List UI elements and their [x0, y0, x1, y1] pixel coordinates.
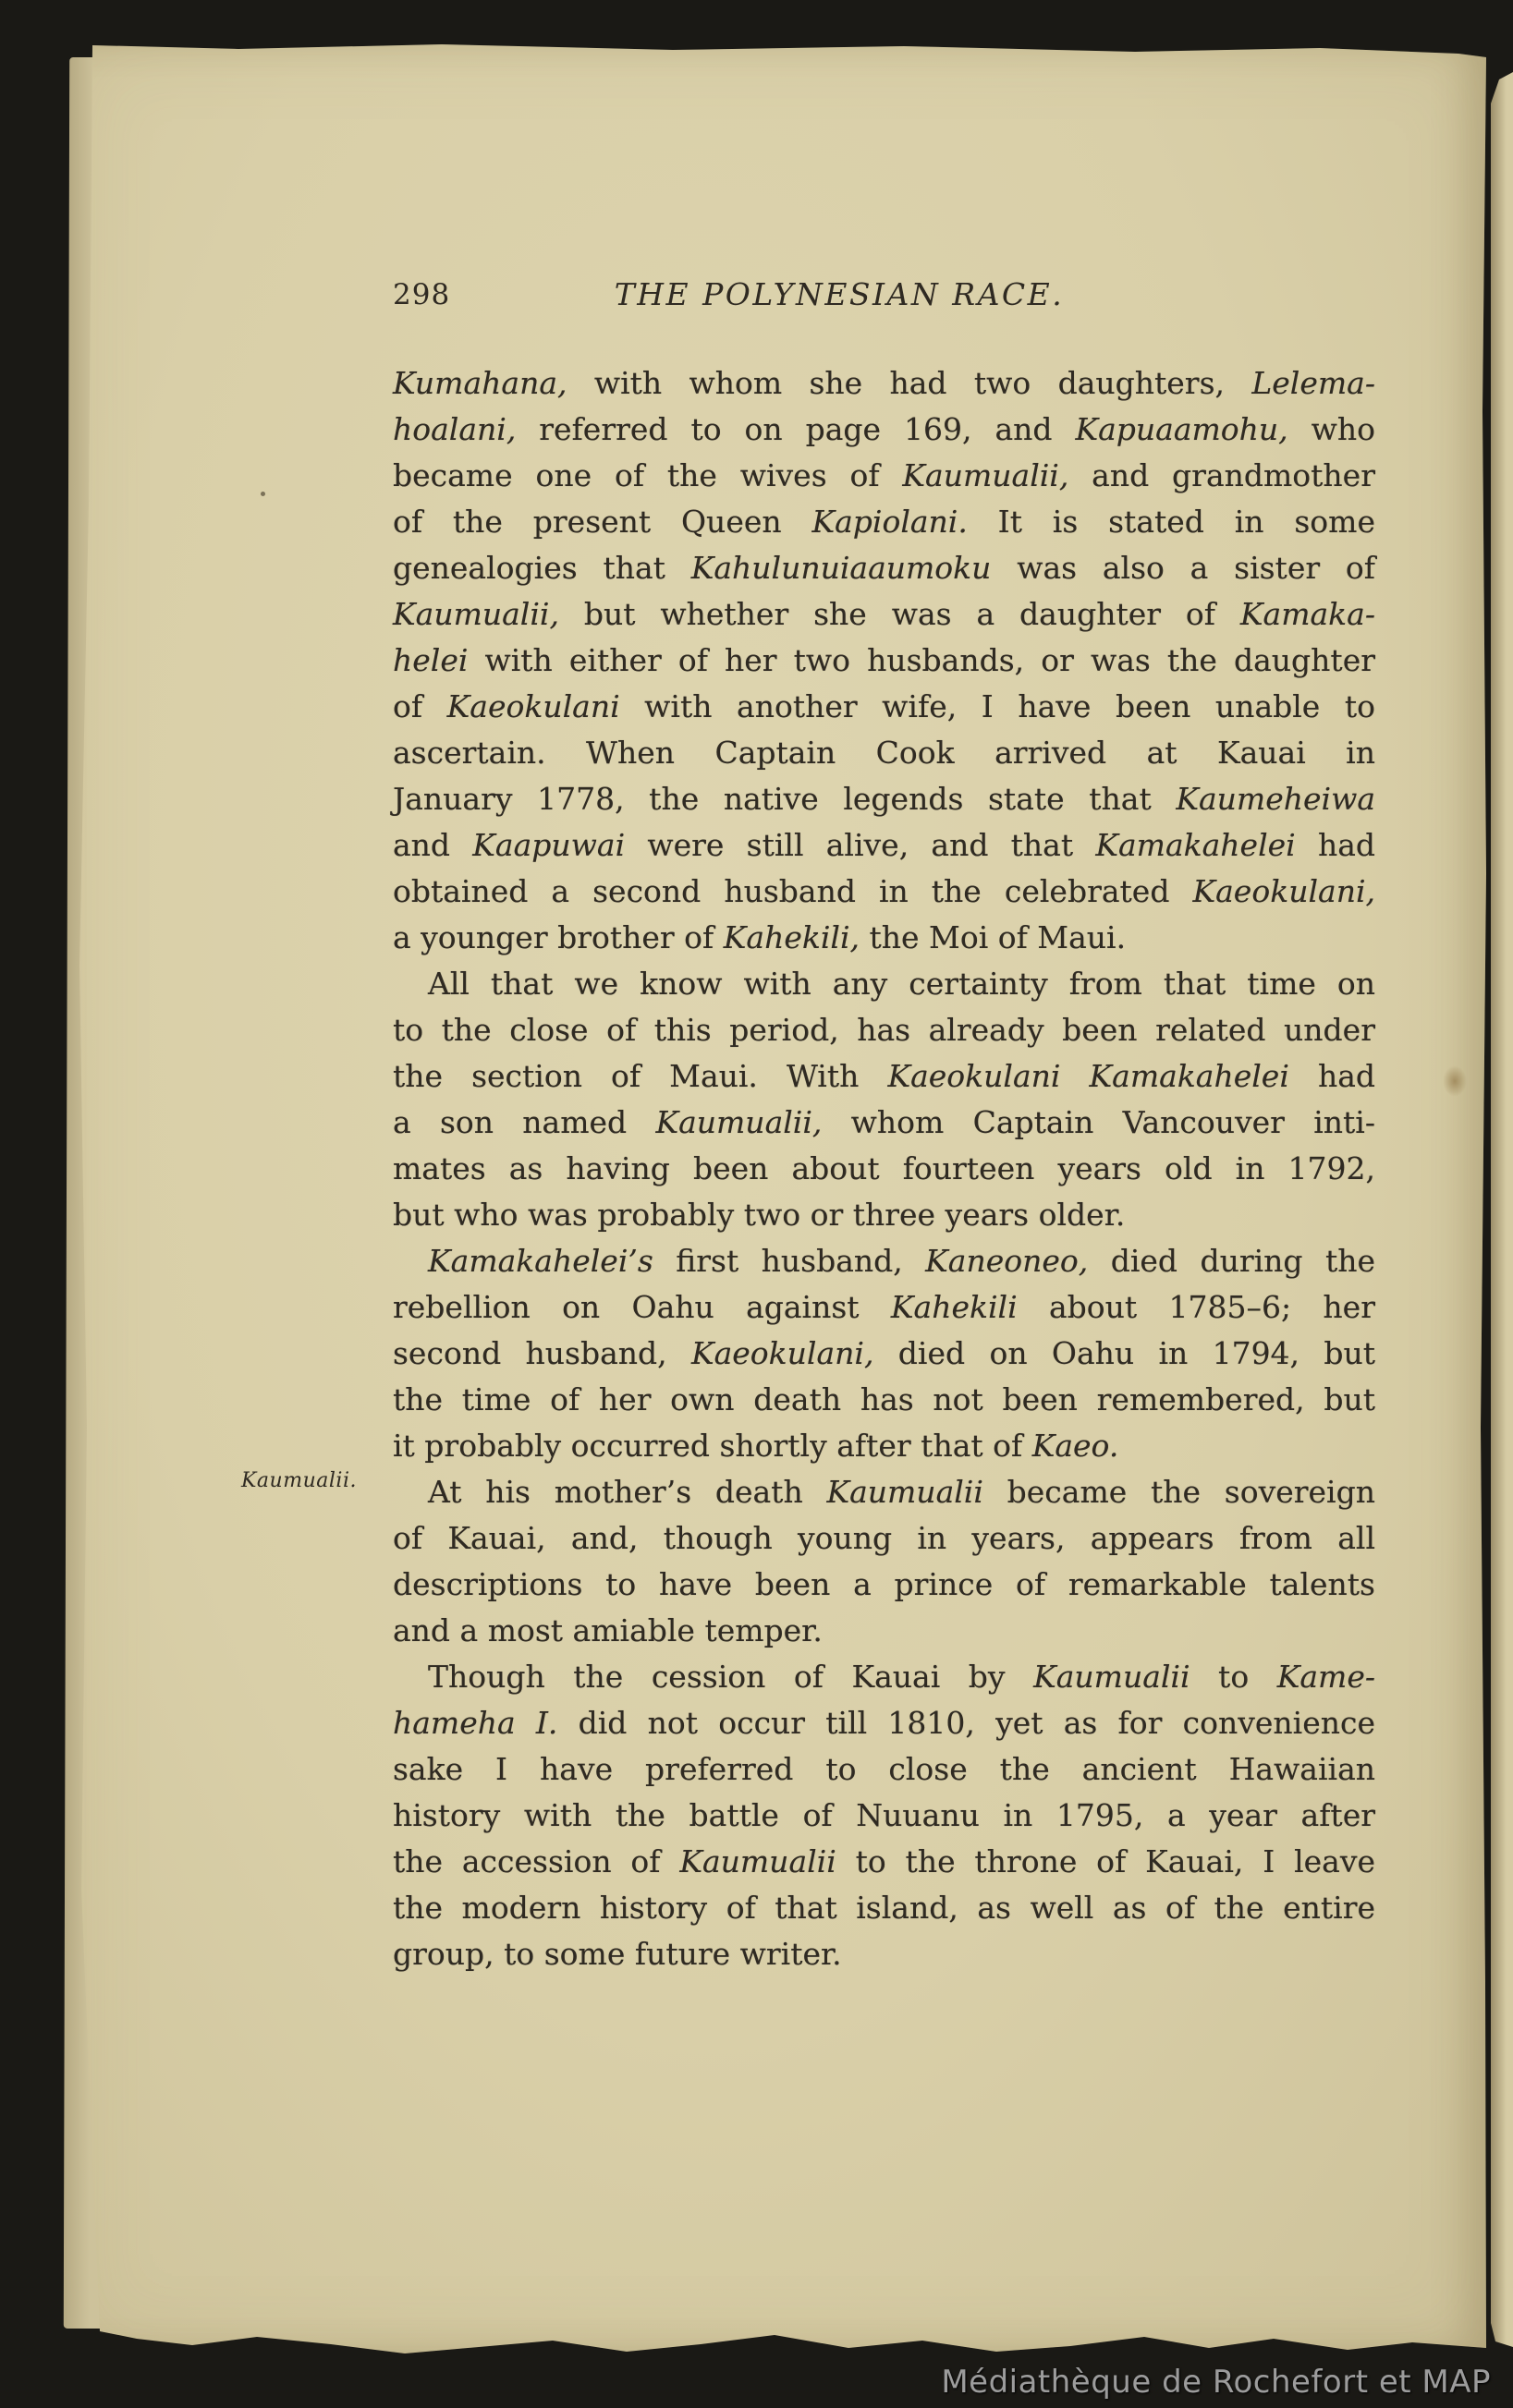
- paper-speck: [261, 492, 265, 496]
- paragraph: All that we know with any certainty from…: [393, 961, 1375, 1238]
- italic-text: Kaumualii,: [902, 457, 1068, 493]
- text-line: hoalani, referred to on page 169, and Ka…: [393, 407, 1375, 453]
- regular-text: did not occur till 1810, yet as for conv…: [557, 1705, 1375, 1741]
- scan-background: 298 THE POLYNESIAN RACE. Kaumualii. Kuma…: [0, 0, 1513, 2408]
- italic-text: Kamaka-: [1240, 596, 1375, 632]
- italic-text: Kamakahelei’s: [428, 1243, 653, 1279]
- text-line: Kamakahelei’s first husband, Kaneoneo, d…: [393, 1238, 1375, 1284]
- text-line: of Kauai, and, though young in years, ap…: [393, 1515, 1375, 1562]
- regular-text: became the sovereign: [983, 1474, 1375, 1510]
- regular-text: sake I have preferred to close the ancie…: [393, 1751, 1375, 1787]
- text-line: it probably occurred shortly after that …: [393, 1423, 1375, 1469]
- regular-text: had: [1289, 1058, 1375, 1094]
- text-line: and Kaapuwai were still alive, and that …: [393, 822, 1375, 869]
- regular-text: descriptions to have been a prince of re…: [393, 1566, 1375, 1602]
- text-line: sake I have preferred to close the ancie…: [393, 1746, 1375, 1793]
- regular-text: and: [393, 827, 472, 863]
- regular-text: with whom she had two daughters,: [567, 365, 1252, 401]
- italic-text: Kahulunuiaaumoku: [691, 550, 992, 586]
- italic-text: Kaumualii: [679, 1843, 836, 1879]
- text-line: but who was probably two or three years …: [393, 1192, 1375, 1238]
- italic-text: hoalani,: [393, 411, 516, 447]
- text-line: At his mother’s death Kaumualii became t…: [393, 1469, 1375, 1515]
- regular-text: it probably occurred shortly after that …: [393, 1428, 1032, 1464]
- italic-text: Kaneoneo,: [925, 1243, 1088, 1279]
- regular-text: and a most amiable temper.: [393, 1612, 823, 1648]
- text-line: helei with either of her two husbands, o…: [393, 638, 1375, 684]
- text-line: the section of Maui. With Kaeokulani Kam…: [393, 1053, 1375, 1100]
- book-page: 298 THE POLYNESIAN RACE. Kaumualii. Kuma…: [72, 42, 1486, 2353]
- regular-text: who: [1288, 411, 1375, 447]
- italic-text: Kaumualii: [1033, 1659, 1190, 1695]
- regular-text: the modern history of that island, as we…: [393, 1890, 1375, 1926]
- regular-text: to the throne of Kauai, I leave: [836, 1843, 1375, 1879]
- regular-text: and grandmother: [1068, 457, 1375, 493]
- regular-text: rebellion on Oahu against: [393, 1289, 891, 1325]
- italic-text: Kahekili: [891, 1289, 1018, 1325]
- paragraph: Kumahana, with whom she had two daughter…: [393, 360, 1375, 961]
- regular-text: referred to on page 169, and: [516, 411, 1075, 447]
- italic-text: Kapiolani.: [811, 504, 967, 540]
- library-watermark: Médiathèque de Rochefort et MAP: [941, 2364, 1491, 2401]
- regular-text: Though the cession of Kauai by: [428, 1659, 1033, 1695]
- regular-text: of the present Queen: [393, 504, 811, 540]
- regular-text: a son named: [393, 1104, 655, 1140]
- text-line: history with the battle of Nuuanu in 179…: [393, 1793, 1375, 1839]
- italic-text: Kaumualii,: [655, 1104, 822, 1140]
- regular-text: first husband,: [653, 1243, 925, 1279]
- regular-text: was also a sister of: [991, 550, 1375, 586]
- italic-text: Kapuaamohu,: [1075, 411, 1287, 447]
- regular-text: were still alive, and that: [625, 827, 1095, 863]
- italic-text: Kaumualii,: [393, 596, 559, 632]
- paragraph: Kamakahelei’s first husband, Kaneoneo, d…: [393, 1238, 1375, 1469]
- text-line: second husband, Kaeokulani, died on Oahu…: [393, 1331, 1375, 1377]
- regular-text: to: [1190, 1659, 1277, 1695]
- italic-text: Kaeokulani Kamakahelei: [887, 1058, 1288, 1094]
- text-line: genealogies that Kahulunuiaaumoku was al…: [393, 545, 1375, 591]
- italic-text: Kaumualii: [826, 1474, 982, 1510]
- italic-text: Kaapuwai: [472, 827, 625, 863]
- regular-text: with either of her two husbands, or was …: [468, 642, 1375, 678]
- text-line: the modern history of that island, as we…: [393, 1885, 1375, 1931]
- text-line: descriptions to have been a prince of re…: [393, 1562, 1375, 1608]
- regular-text: whom Captain Vancouver inti-: [822, 1104, 1375, 1140]
- body-text: Kumahana, with whom she had two daughter…: [393, 360, 1375, 1977]
- regular-text: obtained a second husband in the celebra…: [393, 873, 1192, 909]
- regular-text: history with the battle of Nuuanu in 179…: [393, 1797, 1375, 1833]
- paper-stain: [1443, 1065, 1467, 1097]
- regular-text: second husband,: [393, 1335, 691, 1371]
- regular-text: mates as having been about fourteen year…: [393, 1150, 1375, 1186]
- regular-text: It is stated in some: [968, 504, 1375, 540]
- paragraph: At his mother’s death Kaumualii became t…: [393, 1469, 1375, 1654]
- regular-text: genealogies that: [393, 550, 691, 586]
- regular-text: to the close of this period, has already…: [393, 1012, 1375, 1048]
- italic-text: Lelema-: [1251, 365, 1375, 401]
- regular-text: had: [1296, 827, 1375, 863]
- italic-text: hameha I.: [393, 1705, 557, 1741]
- text-line: Kumahana, with whom she had two daughter…: [393, 360, 1375, 407]
- regular-text: ascertain. When Captain Cook arrived at …: [393, 735, 1375, 771]
- regular-text: of Kauai, and, though young in years, ap…: [393, 1520, 1375, 1556]
- running-title: THE POLYNESIAN RACE.: [386, 276, 1292, 312]
- italic-text: Kahekili,: [724, 919, 860, 955]
- text-line: Kaumualii, but whether she was a daughte…: [393, 591, 1375, 638]
- text-line: ascertain. When Captain Cook arrived at …: [393, 730, 1375, 776]
- paragraph: Though the cession of Kauai by Kaumualii…: [393, 1654, 1375, 1977]
- italic-text: Kaeokulani,: [691, 1335, 874, 1371]
- text-line: mates as having been about fourteen year…: [393, 1146, 1375, 1192]
- regular-text: but whether she was a daughter of: [559, 596, 1240, 632]
- regular-text: the section of Maui. With: [393, 1058, 887, 1094]
- text-line: obtained a second husband in the celebra…: [393, 869, 1375, 915]
- text-line: a younger brother of Kahekili, the Moi o…: [393, 915, 1375, 961]
- text-line: the accession of Kaumualii to the throne…: [393, 1839, 1375, 1885]
- italic-text: Kamakahelei: [1095, 827, 1295, 863]
- text-line: and a most amiable temper.: [393, 1608, 1375, 1654]
- italic-text: Kaeo.: [1032, 1428, 1119, 1464]
- regular-text: died during the: [1088, 1243, 1375, 1279]
- regular-text: group, to some future writer.: [393, 1936, 842, 1972]
- text-line: group, to some future writer.: [393, 1931, 1375, 1977]
- text-line: January 1778, the native legends state t…: [393, 776, 1375, 822]
- regular-text: with another wife, I have been unable to: [620, 688, 1375, 724]
- italic-text: Kaeokulani,: [1192, 873, 1375, 909]
- italic-text: Kaeokulani: [447, 688, 620, 724]
- regular-text: At his mother’s death: [428, 1474, 826, 1510]
- margin-note: Kaumualii.: [241, 1469, 357, 1492]
- regular-text: All that we know with any certainty from…: [428, 966, 1375, 1002]
- italic-text: Kaumeheiwa: [1176, 781, 1375, 817]
- regular-text: the Moi of Maui.: [860, 919, 1126, 955]
- regular-text: a younger brother of: [393, 919, 724, 955]
- regular-text: but who was probably two or three years …: [393, 1197, 1125, 1233]
- regular-text: of: [393, 688, 447, 724]
- text-line: the time of her own death has not been r…: [393, 1377, 1375, 1423]
- italic-text: Kumahana,: [393, 365, 567, 401]
- regular-text: about 1785–6; her: [1018, 1289, 1375, 1325]
- text-line: Though the cession of Kauai by Kaumualii…: [393, 1654, 1375, 1700]
- italic-text: Kame-: [1277, 1659, 1375, 1695]
- text-line: of Kaeokulani with another wife, I have …: [393, 684, 1375, 730]
- italic-text: helei: [393, 642, 468, 678]
- regular-text: January 1778, the native legends state t…: [393, 781, 1176, 817]
- regular-text: died on Oahu in 1794, but: [873, 1335, 1375, 1371]
- regular-text: became one of the wives of: [393, 457, 902, 493]
- text-line: to the close of this period, has already…: [393, 1007, 1375, 1053]
- text-line: a son named Kaumualii, whom Captain Vanc…: [393, 1100, 1375, 1146]
- text-line: All that we know with any certainty from…: [393, 961, 1375, 1007]
- text-line: hameha I. did not occur till 1810, yet a…: [393, 1700, 1375, 1746]
- text-line: became one of the wives of Kaumualii, an…: [393, 453, 1375, 499]
- text-line: of the present Queen Kapiolani. It is st…: [393, 499, 1375, 545]
- text-line: rebellion on Oahu against Kahekili about…: [393, 1284, 1375, 1331]
- next-page-edge: [1491, 72, 1513, 2347]
- regular-text: the time of her own death has not been r…: [393, 1381, 1375, 1417]
- regular-text: the accession of: [393, 1843, 679, 1879]
